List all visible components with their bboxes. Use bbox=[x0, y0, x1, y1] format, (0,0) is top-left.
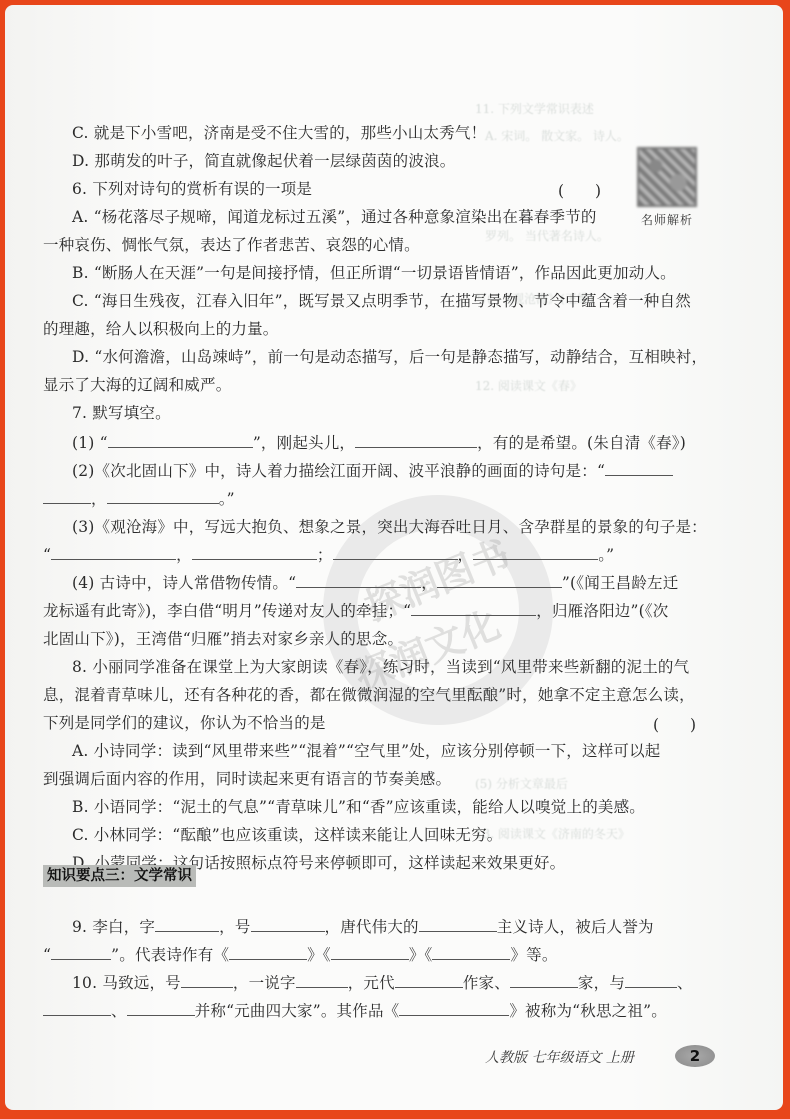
qr-code-icon[interactable] bbox=[637, 147, 697, 207]
fill-blank[interactable] bbox=[625, 973, 677, 988]
text: 、 bbox=[111, 1002, 127, 1020]
fill-blank[interactable] bbox=[296, 573, 421, 588]
q6-option-a: A. “杨花落尽子规啼，闻道龙标过五溪”，通过各种意象渲染出在暮春季节的 bbox=[72, 207, 752, 227]
section-heading: 知识要点三：文学常识 bbox=[43, 865, 196, 887]
fill-blank[interactable] bbox=[192, 545, 317, 560]
text: 、 bbox=[677, 974, 693, 992]
fill-blank[interactable] bbox=[333, 545, 458, 560]
text: 》等。 bbox=[510, 946, 557, 964]
q7-part4: (4) 古诗中，诗人常借物传情。“，”(《闻王昌龄左迁 bbox=[72, 573, 752, 593]
fill-blank[interactable] bbox=[605, 461, 673, 476]
text: 9. 李白，字 bbox=[72, 918, 155, 936]
text: 》《 bbox=[409, 946, 433, 964]
q6-answer-paren[interactable]: ( ) bbox=[558, 179, 601, 201]
q6-option-a-cont: 一种哀伤、惆怅气氛，表达了作者悲苦、哀怨的心情。 bbox=[43, 235, 723, 255]
q9-line2: “”。代表诗作有《》《》《》等。 bbox=[43, 945, 723, 965]
bleed-through-text: 11. 下列文学常识表述 bbox=[475, 100, 594, 117]
text: “ bbox=[43, 946, 51, 964]
text: ， bbox=[458, 546, 474, 564]
q8-option-a-cont: 到强调后面内容的作用，同时读起来更有语言的节奏美感。 bbox=[43, 769, 723, 789]
text: ， bbox=[421, 574, 437, 592]
q6-option-b: B. “断肠人在天涯”一句是间接抒情，但正所谓“一切景语皆情语”，作品因此更加动… bbox=[72, 263, 752, 283]
fill-blank[interactable] bbox=[43, 1001, 111, 1016]
fill-blank[interactable] bbox=[251, 917, 325, 932]
text: 作家、 bbox=[463, 974, 510, 992]
q7-stem: 7. 默写填空。 bbox=[72, 403, 752, 423]
text: 主义诗人，被后人誉为 bbox=[497, 918, 654, 936]
text: 》《 bbox=[307, 946, 331, 964]
text: 家，与 bbox=[578, 974, 625, 992]
q8-answer-paren[interactable]: ( ) bbox=[653, 713, 696, 735]
q8-stem: 8. 小丽同学准备在课堂上为大家朗读《春》，练习时，当读到“风里带来些新翻的泥土… bbox=[72, 657, 752, 677]
q8-option-c: C. 小林同学：“酝酿”也应该重读，这样读来能让人回味无穷。 bbox=[72, 825, 752, 845]
q6-option-c-cont: 的理趣，给人以积极向上的力量。 bbox=[43, 319, 723, 339]
text: ，元代 bbox=[348, 974, 395, 992]
text: ，唐代伟大的 bbox=[325, 918, 419, 936]
fill-blank[interactable] bbox=[395, 973, 463, 988]
book-title-footer: 人教版 七年级语文 上册 bbox=[485, 1047, 634, 1067]
text: ， bbox=[91, 490, 107, 508]
q10-line2: 、并称“元曲四大家”。其作品《》被称为“秋思之祖”。 bbox=[43, 1001, 723, 1021]
text: 》被称为“秋思之祖”。 bbox=[509, 1002, 667, 1020]
fill-blank[interactable] bbox=[51, 945, 111, 960]
text: ”。代表诗作有《 bbox=[111, 946, 229, 964]
text: (4) 古诗中，诗人常借物传情。“ bbox=[72, 574, 296, 592]
text: 并称“元曲四大家”。其作品《 bbox=[195, 1002, 400, 1020]
fill-blank[interactable] bbox=[181, 973, 233, 988]
text: (1) “ bbox=[72, 434, 108, 452]
text: 10. 马致远，号 bbox=[72, 974, 181, 992]
text: 。” bbox=[219, 490, 235, 508]
q9-line1: 9. 李白，字，号，唐代伟大的主义诗人，被后人誉为 bbox=[72, 917, 752, 937]
q8-stem-cont2: 下列是同学们的建议，你认为不恰当的是 bbox=[43, 713, 723, 733]
fill-blank[interactable] bbox=[399, 1001, 509, 1016]
fill-blank[interactable] bbox=[127, 1001, 195, 1016]
text: ， bbox=[176, 546, 192, 564]
fill-blank[interactable] bbox=[419, 917, 497, 932]
fill-blank[interactable] bbox=[411, 601, 536, 616]
q8-option-b: B. 小语同学：“泥土的气息”“青草味儿”和“香”应该重读，能给人以嗅觉上的美感… bbox=[72, 797, 752, 817]
text: “ bbox=[43, 546, 51, 564]
text: ，号 bbox=[219, 918, 250, 936]
text: ”(《闻王昌龄左迁 bbox=[562, 574, 679, 592]
text: 龙标遥有此寄》)，李白借“明月”传递对友人的牵挂；“ bbox=[43, 602, 411, 620]
q7-part3: (3)《观沧海》中，写远大抱负、想象之景，突出大海吞吐日月、含孕群星的景象的句子… bbox=[72, 517, 752, 537]
q7-part2-cont: ，。” bbox=[43, 489, 723, 509]
q7-part3-cont: “，；，。” bbox=[43, 545, 723, 565]
text: 。” bbox=[598, 546, 614, 564]
fill-blank[interactable] bbox=[107, 489, 219, 504]
q6-option-d-cont: 显示了大海的辽阔和威严。 bbox=[43, 375, 723, 395]
q6-option-c: C. “海日生残夜，江春入旧年”，既写景又点明季节，在描写景物、节令中蕴含着一种… bbox=[72, 291, 752, 311]
fill-blank[interactable] bbox=[473, 545, 598, 560]
q10-line1: 10. 马致远，号，一说字，元代作家、家，与、 bbox=[72, 973, 752, 993]
page-number-badge: 2 bbox=[675, 1045, 715, 1067]
q7-part4-cont2: 北固山下》)，王湾借“归雁”捎去对家乡亲人的思念。 bbox=[43, 629, 723, 649]
q7-part1: (1) “”，刚起头儿，，有的是希望。(朱自清《春》) bbox=[72, 433, 752, 453]
workbook-page: 11. 下列文学常识表述 A. 宋词。 散文家。 诗人。 罗列。 当代著名诗人。… bbox=[5, 5, 783, 1110]
fill-blank[interactable] bbox=[229, 945, 307, 960]
q5-option-c: C. 就是下小雪吧，济南是受不住大雪的，那些小山太秀气！ bbox=[72, 123, 752, 143]
text: ，有的是希望。(朱自清《春》) bbox=[477, 434, 686, 452]
fill-blank[interactable] bbox=[437, 573, 562, 588]
q7-part4-cont: 龙标遥有此寄》)，李白借“明月”传递对友人的牵挂；“，归雁洛阳边”(《次 bbox=[43, 601, 723, 621]
fill-blank[interactable] bbox=[355, 433, 477, 448]
text: ，归雁洛阳边”(《次 bbox=[536, 602, 668, 620]
fill-blank[interactable] bbox=[331, 945, 409, 960]
text: ； bbox=[317, 546, 333, 564]
q8-option-a: A. 小诗同学：读到“风里带来些”“混着”“空气里”处，应该分别停顿一下，这样可… bbox=[72, 741, 752, 761]
fill-blank[interactable] bbox=[296, 973, 348, 988]
fill-blank[interactable] bbox=[43, 489, 91, 504]
fill-blank[interactable] bbox=[155, 917, 219, 932]
fill-blank[interactable] bbox=[51, 545, 176, 560]
fill-blank[interactable] bbox=[510, 973, 578, 988]
text: (2)《次北固山下》中，诗人着力描绘江面开阔、波平浪静的画面的诗句是：“ bbox=[72, 462, 605, 480]
text: ”，刚起头儿， bbox=[253, 434, 355, 452]
q8-stem-cont: 息，混着青草味儿，还有各种花的香，都在微微润湿的空气里酝酿”时，她拿不定主意怎么… bbox=[43, 685, 723, 705]
q7-part2: (2)《次北固山下》中，诗人着力描绘江面开阔、波平浪静的画面的诗句是：“ bbox=[72, 461, 752, 481]
q6-option-d: D. “水何澹澹，山岛竦峙”，前一句是动态描写，后一句是静态描写，动静结合，互相… bbox=[72, 347, 752, 367]
fill-blank[interactable] bbox=[432, 945, 510, 960]
text: ，一说字 bbox=[233, 974, 296, 992]
fill-blank[interactable] bbox=[108, 433, 253, 448]
